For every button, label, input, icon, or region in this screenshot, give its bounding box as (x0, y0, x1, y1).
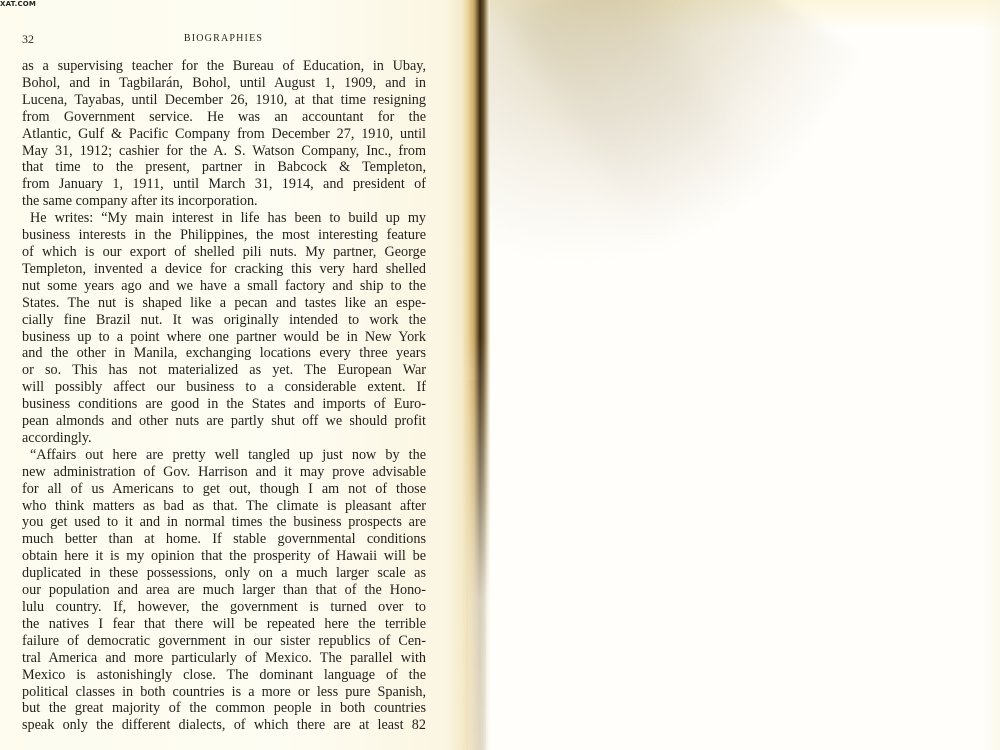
text-line: May 31, 1912; cashier for the A. S. Wats… (22, 143, 426, 160)
text-line: from January 1, 1911, until March 31, 19… (22, 176, 426, 193)
text-line: for all of us Americans to get out, thou… (22, 481, 426, 498)
text-line: the same company after its incorporation… (22, 193, 426, 210)
text-line: States. The nut is shaped like a pecan a… (22, 295, 426, 312)
text-line: Lucena, Tayabas, until December 26, 1910… (22, 92, 426, 109)
text-line: of which is our export of shelled pili n… (22, 244, 426, 261)
body-text: as a supervising teacher for the Bureau … (22, 58, 426, 734)
text-line: will possibly affect our business to a c… (22, 379, 426, 396)
text-line: political classes in both countries is a… (22, 684, 426, 701)
text-line: nut some years ago and we have a small f… (22, 278, 426, 295)
text-line: cially fine Brazil nut. It was originall… (22, 312, 426, 329)
text-line: He writes: “My main interest in life has… (22, 210, 426, 227)
text-line: “Affairs out here are pretty well tangle… (22, 447, 426, 464)
text-line: tral America and more particularly of Me… (22, 650, 426, 667)
running-head: 32 BIOGRAPHIES (22, 32, 425, 46)
text-line: speak only the different dialects, of wh… (22, 717, 426, 734)
text-line: Templeton, invented a device for crackin… (22, 261, 426, 278)
book-spine (462, 0, 492, 750)
book-spread: 32 BIOGRAPHIES as a supervising teacher … (0, 0, 1000, 750)
text-line: business conditions are good in the Stat… (22, 396, 426, 413)
text-line: lulu country. If, however, the governmen… (22, 599, 426, 616)
text-line: from Government service. He was an accou… (22, 109, 426, 126)
text-line: obtain here it is my opinion that the pr… (22, 548, 426, 565)
running-head-title: BIOGRAPHIES (22, 33, 425, 44)
text-line: Bohol, and in Tagbilarán, Bohol, until A… (22, 75, 426, 92)
text-line: Atlantic, Gulf & Pacific Company from De… (22, 126, 426, 143)
text-line: you get used to it and in normal times t… (22, 514, 426, 531)
text-line: and the other in Manila, exchanging loca… (22, 345, 426, 362)
text-line: as a supervising teacher for the Bureau … (22, 58, 426, 75)
text-line: business interests in the Philippines, t… (22, 227, 426, 244)
text-line: accordingly. (22, 430, 426, 447)
right-page (490, 0, 1000, 750)
text-line: but the great majority of the common peo… (22, 700, 426, 717)
page-edge (982, 0, 1000, 750)
text-line: that time to the present, partner in Bab… (22, 159, 426, 176)
text-line: much better than at home. If stable gove… (22, 531, 426, 548)
text-line: pean almonds and other nuts are partly s… (22, 413, 426, 430)
text-line: business up to a point where one partner… (22, 329, 426, 346)
text-line: new administration of Gov. Harrison and … (22, 464, 426, 481)
text-line: or so. This has not materialized as yet.… (22, 362, 426, 379)
text-line: duplicated in these possessions, only on… (22, 565, 426, 582)
left-page: 32 BIOGRAPHIES as a supervising teacher … (0, 0, 468, 750)
text-line: failure of democratic government in our … (22, 633, 426, 650)
text-line: our population and area are much larger … (22, 582, 426, 599)
text-line: who think matters as bad as that. The cl… (22, 498, 426, 515)
watermark: XAT.COM (0, 0, 36, 8)
text-line: the natives I fear that there will be re… (22, 616, 426, 633)
text-line: Mexico is astonishingly close. The domin… (22, 667, 426, 684)
